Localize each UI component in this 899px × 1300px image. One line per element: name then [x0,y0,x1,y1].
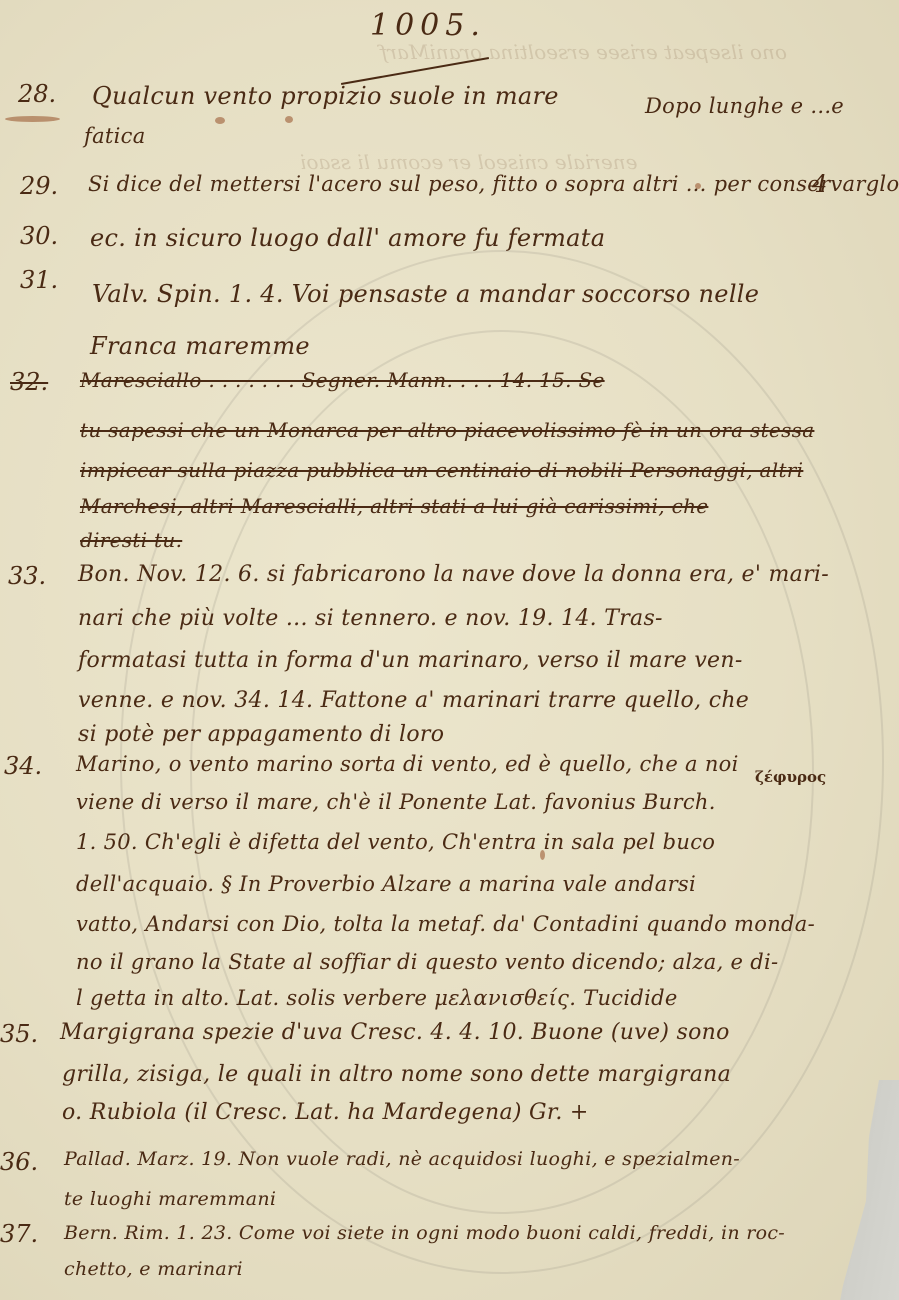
entry-number: 28. [18,80,56,108]
entry-line: dell'acquaio. § In Proverbio Alzare a ma… [76,872,696,896]
struck-line: tu sapessi che un Monarca per altro piac… [80,418,814,442]
entry-line: fatica [84,124,146,148]
entry-line: Franca maremme [90,332,310,360]
ink-stain [215,117,225,124]
entry-line: viene di verso il mare, ch'è il Ponente … [76,790,716,814]
entry-line: Valv. Spin. 1. 4. Voi pensaste a mandar … [92,280,759,308]
entry-number: 35. [0,1020,38,1048]
struck-line: Marchesi, altri Marescialli, altri stati… [80,494,708,518]
entry-line: l getta in alto. Lat. solis verbere μελα… [76,986,678,1010]
margin-note: Dopo lunghe e ...e [645,94,844,118]
bleed-through-text: eneriale cniseol er ecomu li ssaoi [300,150,637,174]
entry-number: 37. [0,1220,38,1248]
entry-line: Pallad. Marz. 19. Non vuole radi, nè acq… [64,1148,740,1170]
page-number: 1005. [370,8,486,43]
entry-line: Margigrana spezie d'uva Cresc. 4. 4. 10.… [60,1020,730,1045]
manuscript-page: ono ilsepeat erisee erseoltina oraniMarf… [0,0,899,1300]
ink-stain [285,116,293,123]
entry-number: 29. [20,172,58,200]
margin-note: 4 [812,170,828,198]
entry-line: 1. 50. Ch'egli è difetta del vento, Ch'e… [76,830,715,854]
entry-line: Bern. Rim. 1. 23. Come voi siete in ogni… [64,1222,785,1244]
entry-number: 30. [20,222,58,250]
entry-line: grilla, zisiga, le quali in altro nome s… [62,1062,731,1087]
entry-line: Qualcun vento propizio suole in mare [92,82,559,110]
entry-line: nari che più volte ... si tennero. e nov… [78,606,663,631]
entry-line: Bon. Nov. 12. 6. si fabricarono la nave … [78,562,829,587]
entry-number: 36. [0,1148,38,1176]
entry-line: no il grano la State al soffiar di quest… [76,950,778,974]
ink-stain [5,116,60,122]
entry-number: 32. [10,368,48,396]
entry-line: venne. e nov. 34. 14. Fattone a' marinar… [78,688,749,713]
struck-line: impiccar sulla piazza pubblica un centin… [80,458,803,482]
entry-line: chetto, e marinari [64,1258,243,1280]
entry-number: 34. [4,752,42,780]
torn-paper-edge [839,1080,899,1300]
entry-line: ec. in sicuro luogo dall' amore fu ferma… [90,224,605,252]
entry-line: vatto, Andarsi con Dio, tolta la metaf. … [76,912,815,936]
entry-line: si potè per appagamento di loro [78,722,444,747]
entry-line: Si dice del mettersi l'acero sul peso, f… [88,172,899,196]
entry-line: Marino, o vento marino sorta di vento, e… [76,752,739,776]
entry-number: 33. [8,562,46,590]
bleed-through-text: ono ilsepeat erisee erseoltina oraniMarf [380,40,787,64]
entry-line: o. Rubiola (il Cresc. Lat. ha Mardegena)… [62,1100,589,1125]
entry-line: te luoghi maremmani [64,1188,276,1210]
entry-number: 31. [20,266,58,294]
struck-line: Maresciallo . . . . . . . Segner. Mann. … [80,368,605,392]
struck-line: diresti tu. [80,528,182,552]
interlinear-greek-note: ζέφυρος [755,768,826,786]
entry-line: formatasi tutta in forma d'un marinaro, … [78,648,743,673]
